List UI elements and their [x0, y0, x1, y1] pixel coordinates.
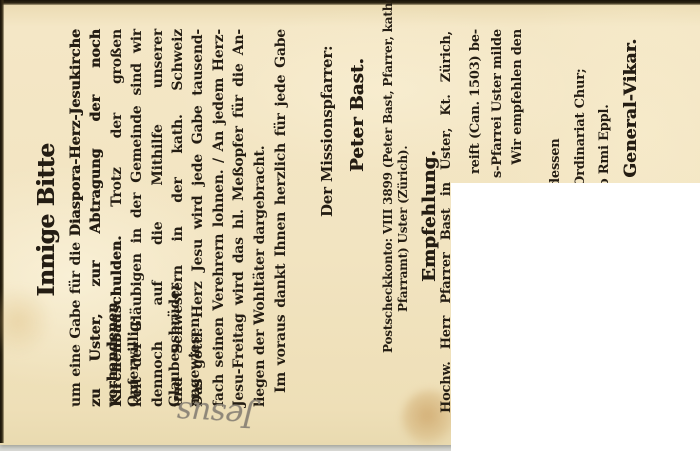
vicar-signature-fragment: , General-Vikar. — [621, 39, 642, 190]
postal-account-line: Postscheckkonto: VIII 3899 (Peter Bast, … — [381, 0, 396, 353]
body-line: fach seinen Verehrern lohnen. / An jedem… — [211, 29, 228, 407]
body-line: liegen der Wohltäter dargebracht. — [252, 146, 270, 407]
closing-line: Im voraus dankt Ihnen herzlich für jede … — [273, 29, 290, 393]
white-cutout-region — [451, 183, 700, 451]
page-title: Innige Bitte — [33, 40, 62, 400]
scan-edge-top — [0, 0, 700, 5]
vicar-signature-fragment: dessen — [548, 138, 564, 187]
scanned-postcard-image: Innige Bitte um eine Gabe für die Diaspo… — [0, 0, 700, 451]
pencil-annotation-jesus: Jesus — [162, 383, 271, 444]
vicar-signature-fragment: o Rmi Eppl. — [597, 104, 613, 187]
scan-edge-left — [0, 0, 4, 443]
signature-name: Peter Bast. — [347, 58, 370, 172]
vicar-signature-fragment: Ordinariat Chur; — [573, 68, 589, 187]
body-line: keit der Gläubigen in der Gemeinde sind … — [129, 29, 146, 407]
postal-account-line: Pfarramt) Uster (Zürich). — [396, 146, 411, 312]
body-line: Jesu-Freitag wird das hl. Meßopfer für d… — [231, 29, 248, 407]
signature-role: Der Missionspfarrer: — [318, 46, 337, 217]
body-line: um eine Gabe für die Diaspora-Herz-Jesuk… — [68, 29, 85, 407]
body-line: Das göttl. Herz Jesu wird jede Gabe taus… — [190, 29, 207, 407]
